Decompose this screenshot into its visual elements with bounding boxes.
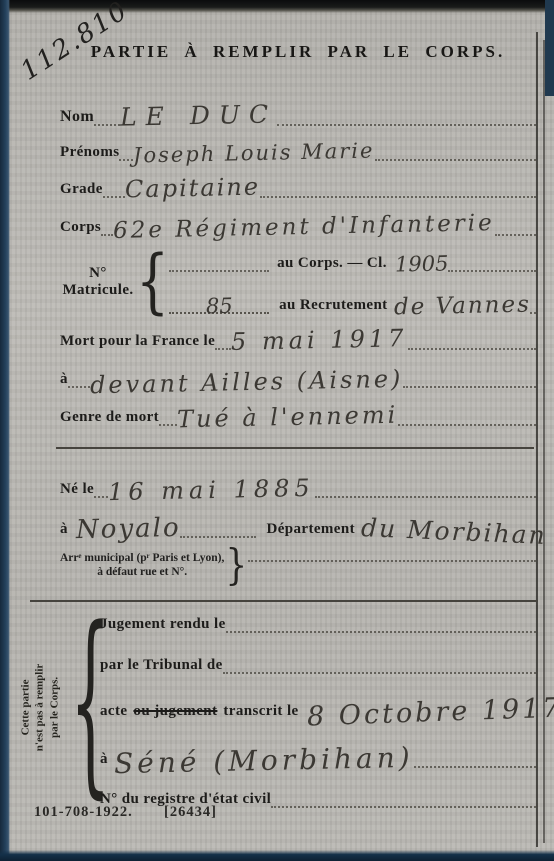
grade-value: Capitaine (125, 173, 261, 204)
dotted-leader (94, 492, 108, 498)
field-row-lieu-mort: à devant Ailles (Aisne) (60, 356, 536, 388)
dotted-leader (375, 155, 536, 161)
field-row-genre-mort: Genre de mort Tué à l'ennemi (60, 394, 536, 426)
lieu-mort-label: à (60, 371, 68, 388)
print-reference: 101-708-1922. [26434] (34, 804, 217, 821)
au-recrutement-label: au Recrutement (279, 297, 387, 314)
arrondissement-label-line1: Arrᵉ municipal (pʳ Paris et Lyon), (60, 551, 224, 565)
dotted-leader (159, 420, 177, 426)
jugement-tribunal-label: par le Tribunal de (100, 657, 223, 674)
matricule-line-recrutement: 85 au Recrutement de Vannes (169, 293, 536, 314)
naissance-value: 16 mai 1885 (108, 474, 315, 506)
dotted-leader (277, 120, 536, 126)
matricule-lines: au Corps. — Cl. 1905 85 au Recrutement d… (169, 246, 536, 318)
dotted-leader (448, 266, 536, 272)
corps-label: Corps (60, 219, 101, 236)
acte-date-value: 8 Octobre 1917 (306, 693, 554, 733)
mort-date-value: 5 mai 1917 (231, 324, 408, 356)
nom-value: LE DUC (120, 99, 278, 131)
dotted-leader (403, 382, 536, 388)
side-note-line1: Cette partie (19, 632, 33, 782)
page-fold-line (536, 32, 538, 847)
naissance-label: Né le (60, 481, 94, 498)
scan-edge-right (545, 0, 554, 96)
nom-label: Nom (60, 108, 94, 126)
dotted-leader (223, 668, 536, 674)
jugement-block: Cette partie n'est pas à remplir par le … (18, 608, 536, 800)
acte-suffix-label: transcrit le (223, 703, 298, 720)
dotted-leader (101, 230, 113, 236)
prenoms-label: Prénoms (60, 144, 119, 161)
mort-label: Mort pour la France le (60, 333, 215, 350)
dotted-leader (248, 556, 536, 562)
side-note-line3: par le Corps. (47, 632, 61, 782)
jugement-lieu-row: à Séné (Morbihan) (100, 744, 536, 768)
jugement-acte-row: acte ou jugement transcrit le 8 Octobre … (100, 697, 536, 720)
dotted-leader: 85 (169, 294, 269, 314)
dotted-leader (169, 266, 269, 272)
dotted-leader (103, 192, 125, 198)
scanned-death-record: 112.810 PARTIE À REMPLIR PAR LE CORPS. N… (0, 0, 554, 861)
jugement-lieu-value: Séné (Morbihan) (114, 740, 414, 779)
print-code: 101-708-1922. (34, 804, 133, 820)
field-row-lieu-naissance: à Noyalo Département du Morbihan (60, 504, 536, 538)
dotted-leader (215, 344, 231, 350)
form-title: PARTIE À REMPLIR PAR LE CORPS. (88, 42, 508, 62)
prenoms-value: Joseph Louis Marie (133, 138, 375, 167)
acte-struck-label: ou jugement (133, 703, 217, 720)
matricule-label-line2: Matricule. (60, 282, 136, 299)
recrutement-place-value: de Vannes (393, 292, 530, 321)
jugement-tribunal-row: par le Tribunal de (100, 657, 536, 674)
field-row-prenoms: Prénoms Joseph Louis Marie (60, 131, 536, 161)
scan-edge-bottom (0, 850, 554, 861)
lieu-naissance-value: Noyalo (76, 513, 181, 545)
matricule-line-corps: au Corps. — Cl. 1905 (169, 252, 536, 272)
field-row-grade: Grade Capitaine (60, 168, 536, 198)
departement-label: Département (266, 521, 355, 538)
field-row-corps: Corps 62e Régiment d'Infanterie (60, 206, 536, 236)
arrondissement-brace: } (224, 548, 248, 582)
dotted-leader (398, 420, 536, 426)
dotted-leader (226, 627, 536, 633)
jugement-rendu-row: Jugement rendu le (100, 616, 536, 633)
genre-mort-value: Tué à l'ennemi (177, 401, 399, 434)
dotted-leader (414, 762, 536, 768)
grade-label: Grade (60, 181, 103, 198)
side-note-line2: n'est pas à remplir (33, 632, 47, 782)
dotted-leader (94, 120, 120, 126)
matricule-label-line1: N° (60, 265, 136, 282)
field-row-nom: Nom LE DUC (60, 94, 536, 126)
dotted-leader (408, 344, 536, 350)
right-brace-glyph: } (226, 544, 248, 587)
matricule-block: N° Matricule. { au Corps. — Cl. 1905 85 … (60, 246, 536, 318)
au-corps-label: au Corps. — Cl. (277, 255, 387, 272)
scan-edge-left (0, 0, 10, 861)
jugement-lieu-label: à (100, 751, 108, 768)
print-ref-number: [26434] (164, 804, 217, 820)
field-row-naissance: Né le 16 mai 1885 (60, 466, 536, 498)
matricule-brace: { (136, 246, 169, 318)
acte-prefix-label: acte (100, 703, 127, 720)
jugement-lines: Jugement rendu le par le Tribunal de act… (100, 608, 536, 810)
matricule-number-value: 85 (205, 294, 232, 319)
dotted-leader (495, 230, 536, 236)
scan-edge-top (6, 0, 554, 13)
field-row-mort: Mort pour la France le 5 mai 1917 (60, 320, 536, 350)
jugement-side-note: Cette partie n'est pas à remplir par le … (19, 632, 62, 782)
left-brace-glyph: { (136, 247, 169, 317)
jugement-rendu-label: Jugement rendu le (100, 616, 226, 633)
arrondissement-label: Arrᵉ municipal (pʳ Paris et Lyon), à déf… (60, 551, 224, 580)
dotted-leader (271, 802, 536, 808)
classe-value: 1905 (395, 251, 449, 276)
dotted-leader (180, 532, 256, 538)
section-divider (56, 447, 534, 449)
arrondissement-label-line2: à défaut rue et N°. (60, 565, 224, 579)
genre-mort-label: Genre de mort (60, 409, 159, 426)
dotted-leader (315, 492, 536, 498)
dotted-leader (119, 155, 133, 161)
field-row-arrondissement: Arrᵉ municipal (pʳ Paris et Lyon), à déf… (60, 543, 536, 587)
lieu-naissance-label: à (60, 521, 68, 538)
dotted-leader (260, 192, 536, 198)
dotted-leader (530, 308, 536, 314)
matricule-label: N° Matricule. (60, 246, 136, 318)
dotted-leader (68, 382, 90, 388)
